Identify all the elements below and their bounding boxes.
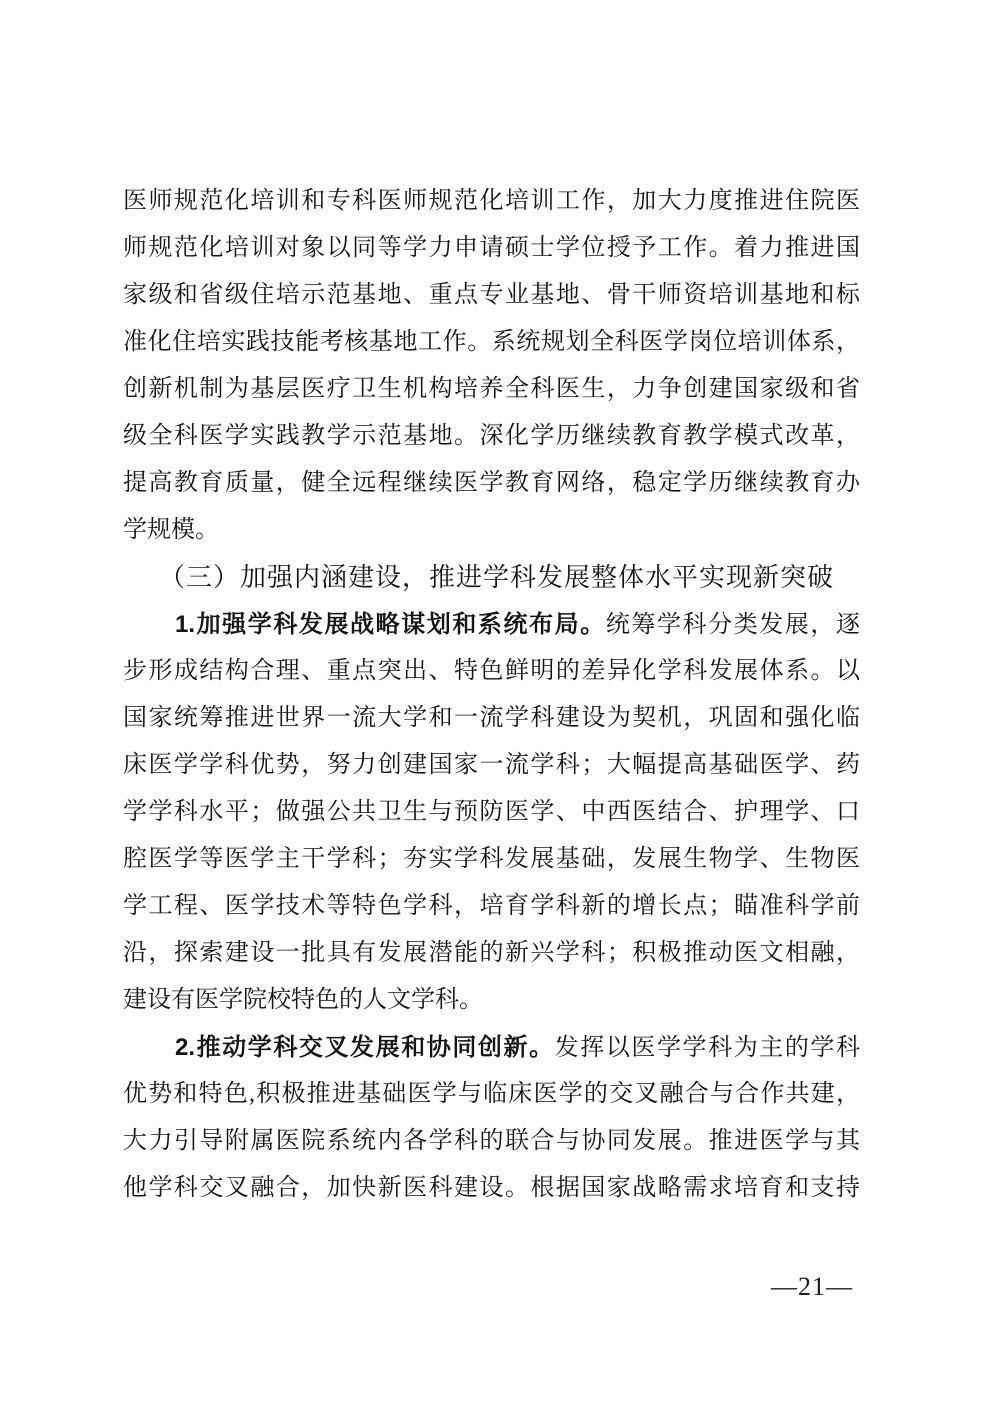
paragraph-lead-line: 2.推动学科交叉发展和协同创新。发挥以医学学科为主的学科 [123,1024,860,1071]
line-text: 师规范化培训对象以同等学力申请硕士学位授予工作。着力推进国 [123,235,860,261]
text-line: 师规范化培训对象以同等学力申请硕士学位授予工作。着力推进国 [123,225,860,272]
text-line: 腔医学等医学主干学科；夯实学科发展基础，发展生物学、生物医 [123,836,860,883]
text-line: 级全科医学实践教学示范基地。深化学历继续教育教学模式改革， [123,413,860,460]
line-text: 腔医学等医学主干学科；夯实学科发展基础，发展生物学、生物医 [123,846,860,872]
line-text: 国家统筹推进世界一流大学和一流学科建设为契机，巩固和强化临 [123,705,860,731]
text-line: 家级和省级住培示范基地、重点专业基地、骨干师资培训基地和标 [123,272,860,319]
line-text: 大力引导附属医院系统内各学科的联合与协同发展。推进医学与其 [123,1128,860,1154]
text-line: 提高教育质量，健全远程继续医学教育网络，稳定学历继续教育办 [123,460,860,507]
line-text: 统筹学科分类发展，逐 [606,612,860,638]
line-text: 建设有医学院校特色的人文学科。 [123,987,483,1013]
text-line: 建设有医学院校特色的人文学科。 [123,977,860,1024]
text-line: 沿，探索建设一批具有发展潜能的新兴学科；积极推动医文相融， [123,930,860,977]
line-text: 创新机制为基层医疗卫生机构培养全科医生，力争创建国家级和省 [123,376,860,402]
line-text: （三）加强内涵建设，推进学科发展整体水平实现新突破 [159,563,834,592]
line-text: 床医学学科优势，努力创建国家一流学科；大幅提高基础医学、药 [123,752,860,778]
text-line: 他学科交叉融合，加快新医科建设。根据国家战略需求培育和支持 [123,1165,860,1212]
bold-lead: 2.推动学科交叉发展和协同创新。 [175,1034,555,1061]
line-text: 优势和特色,积极推进基础医学与临床医学的交叉融合与合作共建， [123,1081,860,1107]
line-text: 步形成结构合理、重点突出、特色鲜明的差异化学科发展体系。以 [123,658,860,684]
text-line: 大力引导附属医院系统内各学科的联合与协同发展。推进医学与其 [123,1118,860,1165]
line-text: 沿，探索建设一批具有发展潜能的新兴学科；积极推动医文相融， [123,940,860,966]
text-line: 步形成结构合理、重点突出、特色鲜明的差异化学科发展体系。以 [123,648,860,695]
line-text: 学规模。 [123,517,219,543]
text-line: 学学科水平；做强公共卫生与预防医学、中西医结合、护理学、口 [123,789,860,836]
document-page: 医师规范化培训和专科医师规范化培训工作，加大力度推进住院医师规范化培训对象以同等… [0,0,991,1403]
section-heading: （三）加强内涵建设，推进学科发展整体水平实现新突破 [123,554,860,601]
line-text: 医师规范化培训和专科医师规范化培训工作，加大力度推进住院医 [123,188,860,214]
text-line: 准化住培实践技能考核基地工作。系统规划全科医学岗位培训体系， [123,319,860,366]
text-line: 创新机制为基层医疗卫生机构培养全科医生，力争创建国家级和省 [123,366,860,413]
paragraph-lead-line: 1.加强学科发展战略谋划和系统布局。统筹学科分类发展，逐 [123,601,860,648]
line-text: 准化住培实践技能考核基地工作。系统规划全科医学岗位培训体系， [123,329,860,355]
page-number: —21— [771,1272,853,1302]
text-line: 医师规范化培训和专科医师规范化培训工作，加大力度推进住院医 [123,178,860,225]
line-text: 学工程、医学技术等特色学科，培育学科新的增长点；瞄准科学前 [123,893,860,919]
text-line: 学规模。 [123,507,860,554]
bold-lead: 1.加强学科发展战略谋划和系统布局。 [175,611,606,638]
text-line: 床医学学科优势，努力创建国家一流学科；大幅提高基础医学、药 [123,742,860,789]
line-text: 级全科医学实践教学示范基地。深化学历继续教育教学模式改革， [123,423,860,449]
line-text: 发挥以医学学科为主的学科 [555,1035,860,1061]
document-text: 医师规范化培训和专科医师规范化培训工作，加大力度推进住院医师规范化培训对象以同等… [123,178,860,1212]
line-text: 家级和省级住培示范基地、重点专业基地、骨干师资培训基地和标 [123,282,860,308]
line-text: 提高教育质量，健全远程继续医学教育网络，稳定学历继续教育办 [123,470,860,496]
line-text: 学学科水平；做强公共卫生与预防医学、中西医结合、护理学、口 [123,799,860,825]
text-line: 优势和特色,积极推进基础医学与临床医学的交叉融合与合作共建， [123,1071,860,1118]
text-line: 国家统筹推进世界一流大学和一流学科建设为契机，巩固和强化临 [123,695,860,742]
text-line: 学工程、医学技术等特色学科，培育学科新的增长点；瞄准科学前 [123,883,860,930]
line-text: 他学科交叉融合，加快新医科建设。根据国家战略需求培育和支持 [123,1175,860,1201]
